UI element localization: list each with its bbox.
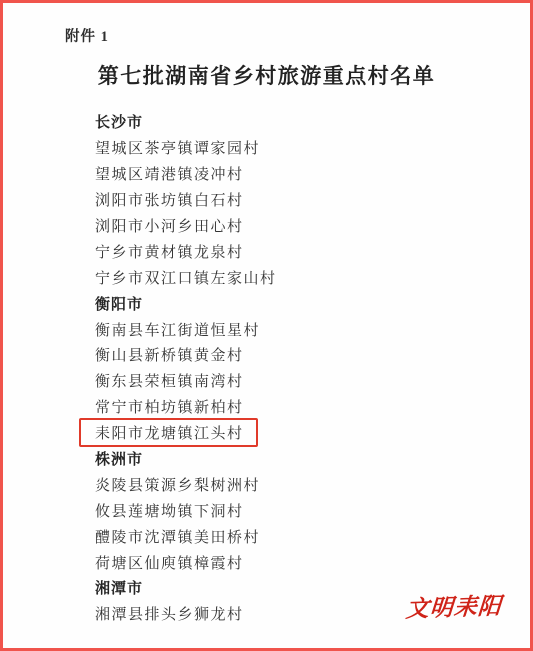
page-title: 第七批湖南省乡村旅游重点村名单 bbox=[3, 60, 530, 90]
list-item: 望城区靖港镇凌冲村 bbox=[95, 161, 510, 187]
list-item: 衡东县荣桓镇南湾村 bbox=[95, 368, 510, 394]
list-item: 常宁市柏坊镇新柏村 bbox=[95, 394, 510, 420]
list-item: 醴陵市沈潭镇美田桥村 bbox=[95, 523, 510, 549]
list-item: 宁乡市双江口镇左家山村 bbox=[95, 264, 510, 290]
attachment-label: 附件 1 bbox=[65, 25, 109, 46]
section-heading-zhuzhou: 株洲市 bbox=[95, 446, 510, 472]
list-item: 衡山县新桥镇黄金村 bbox=[95, 342, 510, 368]
highlighted-village-text: 耒阳市龙塘镇江头村 bbox=[95, 422, 244, 443]
list-item: 浏阳市小河乡田心村 bbox=[95, 213, 510, 239]
list-item: 衡南县车江街道恒星村 bbox=[95, 316, 510, 342]
list-item: 炎陵县策源乡梨树洲村 bbox=[95, 471, 510, 497]
list-item: 攸县莲塘坳镇下洞村 bbox=[95, 497, 510, 523]
list-item: 望城区茶亭镇谭家园村 bbox=[95, 135, 510, 161]
list-item: 浏阳市张坊镇白石村 bbox=[95, 187, 510, 213]
list-item: 宁乡市黄材镇龙泉村 bbox=[95, 238, 510, 264]
section-heading-changsha: 长沙市 bbox=[95, 109, 510, 135]
list-item-highlighted: 耒阳市龙塘镇江头村 bbox=[95, 420, 510, 446]
section-heading-hengyang: 衡阳市 bbox=[95, 290, 510, 316]
highlight-box: 耒阳市龙塘镇江头村 bbox=[79, 418, 258, 447]
document-page: 附件 1 第七批湖南省乡村旅游重点村名单 长沙市 望城区茶亭镇谭家园村 望城区靖… bbox=[0, 0, 533, 651]
village-list: 长沙市 望城区茶亭镇谭家园村 望城区靖港镇凌冲村 浏阳市张坊镇白石村 浏阳市小河… bbox=[95, 109, 510, 627]
watermark-stamp: 文明耒阳 bbox=[405, 587, 503, 623]
list-item: 荷塘区仙庾镇樟霞村 bbox=[95, 549, 510, 575]
